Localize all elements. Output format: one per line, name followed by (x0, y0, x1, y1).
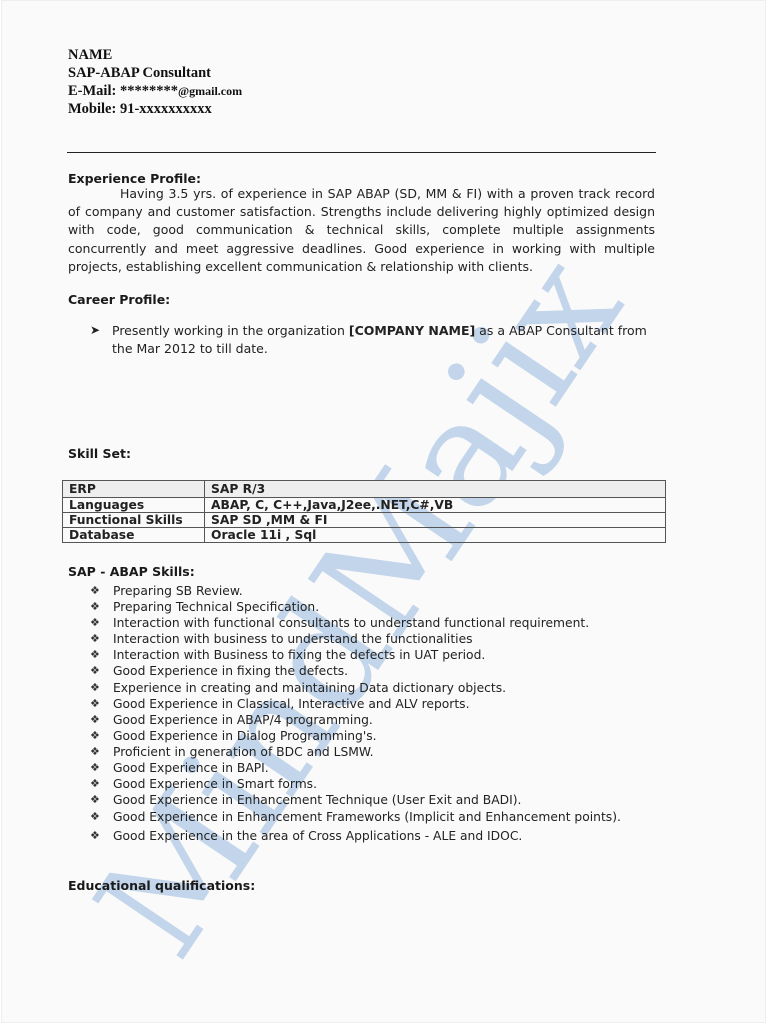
list-item: ❖Proficient in generation of BDC and LSM… (90, 744, 621, 760)
skill-value: ABAP, C, C++,Java,J2ee,.NET,C#,VB (205, 498, 666, 513)
table-row: ERPSAP R/3 (63, 481, 666, 498)
list-item: ❖Experience in creating and maintaining … (90, 680, 621, 696)
diamond-bullet-icon: ❖ (90, 728, 100, 744)
list-item: ❖Interaction with Business to fixing the… (90, 647, 621, 663)
table-row: Functional SkillsSAP SD ,MM & FI (63, 513, 666, 528)
company-name: [COMPANY NAME] (349, 323, 475, 338)
diamond-bullet-icon: ❖ (90, 663, 100, 679)
contact-header: NAME SAP-ABAP Consultant E-Mail: *******… (68, 46, 242, 118)
list-item: ❖Preparing SB Review. (90, 583, 621, 599)
diamond-bullet-icon: ❖ (90, 760, 100, 776)
skill-category: ERP (63, 481, 205, 498)
skill-category: Languages (63, 498, 205, 513)
job-title: SAP-ABAP Consultant (68, 64, 242, 82)
diamond-bullet-icon: ❖ (90, 631, 100, 647)
diamond-bullet-icon: ❖ (90, 696, 100, 712)
email-domain: @gmail.com (178, 84, 242, 98)
mobile-line: Mobile: 91-xxxxxxxxxx (68, 100, 242, 118)
table-row: DatabaseOracle 11i , Sql (63, 528, 666, 543)
diamond-bullet-icon: ❖ (90, 615, 100, 631)
diamond-bullet-icon: ❖ (90, 827, 100, 846)
education-heading: Educational qualifications: (68, 878, 255, 893)
diamond-bullet-icon: ❖ (90, 583, 100, 599)
diamond-bullet-icon: ❖ (90, 792, 100, 808)
experience-paragraph: Having 3.5 yrs. of experience in SAP ABA… (68, 185, 655, 276)
sap-abap-skill-list: ❖Preparing SB Review.❖Preparing Technica… (90, 583, 621, 845)
diamond-bullet-icon: ❖ (90, 808, 100, 827)
arrowhead-bullet-icon: ➤ (90, 322, 100, 340)
list-item: ❖Good Experience in Enhancement Techniqu… (90, 792, 621, 808)
diamond-bullet-icon: ❖ (90, 647, 100, 663)
list-item: ❖Good Experience in the area of Cross Ap… (90, 827, 621, 846)
diamond-bullet-icon: ❖ (90, 599, 100, 615)
skill-category: Database (63, 528, 205, 543)
list-item: ❖Good Experience in Enhancement Framewor… (90, 808, 621, 827)
list-item: ❖Preparing Technical Specification. (90, 599, 621, 615)
list-item: ❖Good Experience in Classical, Interacti… (90, 696, 621, 712)
list-item: ❖Interaction with business to understand… (90, 631, 621, 647)
skill-category: Functional Skills (63, 513, 205, 528)
divider (67, 152, 656, 153)
experience-heading: Experience Profile: (68, 171, 201, 186)
skill-value: Oracle 11i , Sql (205, 528, 666, 543)
list-item: ❖Interaction with functional consultants… (90, 615, 621, 631)
sap-abap-heading: SAP - ABAP Skills: (68, 564, 195, 579)
career-item: ➤ Presently working in the organization … (90, 322, 656, 357)
skill-set-heading: Skill Set: (68, 446, 131, 461)
list-item: ❖Good Experience in Smart forms. (90, 776, 621, 792)
diamond-bullet-icon: ❖ (90, 776, 100, 792)
list-item: ❖Good Experience in Dialog Programming's… (90, 728, 621, 744)
skill-value: SAP SD ,MM & FI (205, 513, 666, 528)
skill-value: SAP R/3 (205, 481, 666, 498)
diamond-bullet-icon: ❖ (90, 744, 100, 760)
skill-set-table: ERPSAP R/3LanguagesABAP, C, C++,Java,J2e… (62, 480, 666, 543)
list-item: ❖Good Experience in ABAP/4 programming. (90, 712, 621, 728)
email-line: E-Mail: ********@gmail.com (68, 82, 242, 100)
list-item: ❖Good Experience in BAPI. (90, 760, 621, 776)
career-heading: Career Profile: (68, 292, 170, 307)
table-row: LanguagesABAP, C, C++,Java,J2ee,.NET,C#,… (63, 498, 666, 513)
candidate-name: NAME (68, 46, 242, 64)
diamond-bullet-icon: ❖ (90, 680, 100, 696)
list-item: ❖Good Experience in fixing the defects. (90, 663, 621, 679)
diamond-bullet-icon: ❖ (90, 712, 100, 728)
